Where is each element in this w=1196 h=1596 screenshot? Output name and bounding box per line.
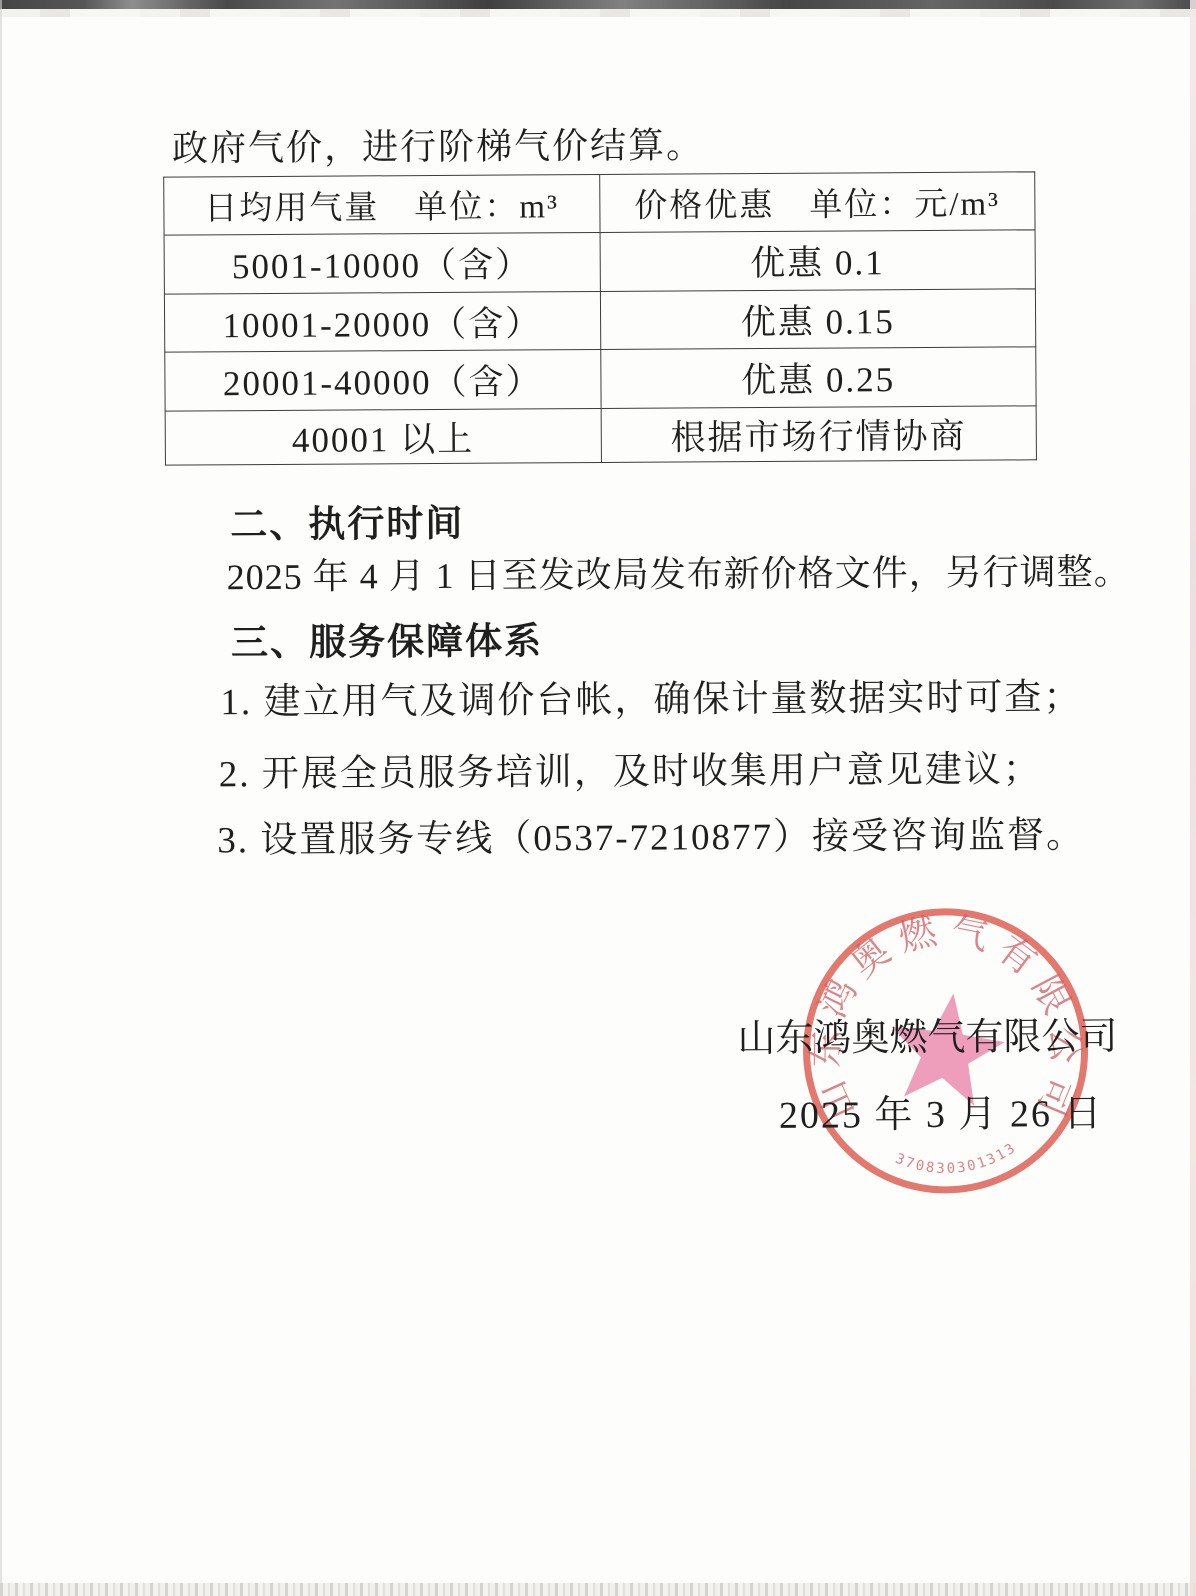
table-header-price-discount: 价格优惠 单位：元/m³	[599, 172, 1035, 233]
scanned-document-page: 政府气价，进行阶梯气价结算。 日均用气量 单位：m³ 价格优惠 单位：元/m³ …	[0, 0, 1196, 1596]
section-2-body: 2025 年 4 月 1 日至发改局发布新价格文件，另行调整。	[226, 544, 1130, 601]
intro-paragraph: 政府气价，进行阶梯气价结算。	[172, 117, 704, 171]
discount-cell: 根据市场行情协商	[601, 406, 1037, 463]
seal-number: 370830301313	[893, 1139, 1021, 1177]
usage-range-cell: 5001-10000（含）	[164, 232, 600, 294]
svg-text:370830301313: 370830301313	[893, 1139, 1021, 1177]
gas-price-discount-table: 日均用气量 单位：m³ 价格优惠 单位：元/m³ 5001-10000（含） 优…	[163, 171, 1037, 465]
usage-range-cell: 20001-40000（含）	[165, 349, 601, 411]
scan-artifact-left-edge	[0, 0, 2, 1596]
usage-range-cell: 40001 以上	[165, 408, 601, 465]
scan-artifact-bottom-edge	[0, 1583, 1196, 1596]
scan-artifact-right-edge	[1190, 0, 1196, 1596]
section-2-heading: 二、执行时间	[230, 493, 464, 548]
signature-date: 2025 年 3 月 26 日	[779, 1082, 1104, 1139]
table-row: 10001-20000（含） 优惠 0.15	[164, 289, 1035, 352]
section-3-heading: 三、服务保障体系	[231, 610, 543, 666]
signature-company-name: 山东鸿奥燃气有限公司	[737, 1005, 1117, 1062]
discount-cell: 优惠 0.25	[600, 347, 1036, 409]
table-header-daily-usage: 日均用气量 单位：m³	[164, 174, 600, 235]
discount-cell: 优惠 0.1	[600, 230, 1036, 292]
scan-artifact-top-smudge	[0, 9, 1196, 17]
service-item-2: 2. 开展全员服务培训，及时收集用户意见建议；	[219, 738, 1042, 797]
usage-range-cell: 10001-20000（含）	[164, 291, 600, 352]
table-row: 5001-10000（含） 优惠 0.1	[164, 230, 1035, 294]
scan-artifact-top-edge	[0, 0, 1196, 9]
service-item-3: 3. 设置服务专线（0537-7210877）接受咨询监督。	[217, 804, 1085, 863]
table-row: 20001-40000（含） 优惠 0.25	[165, 347, 1036, 411]
table-header-row: 日均用气量 单位：m³ 价格优惠 单位：元/m³	[164, 172, 1035, 235]
discount-cell: 优惠 0.15	[600, 289, 1036, 350]
table-row: 40001 以上 根据市场行情协商	[165, 406, 1036, 465]
service-item-1: 1. 建立用气及调价台帐，确保计量数据实时可查；	[220, 666, 1082, 725]
